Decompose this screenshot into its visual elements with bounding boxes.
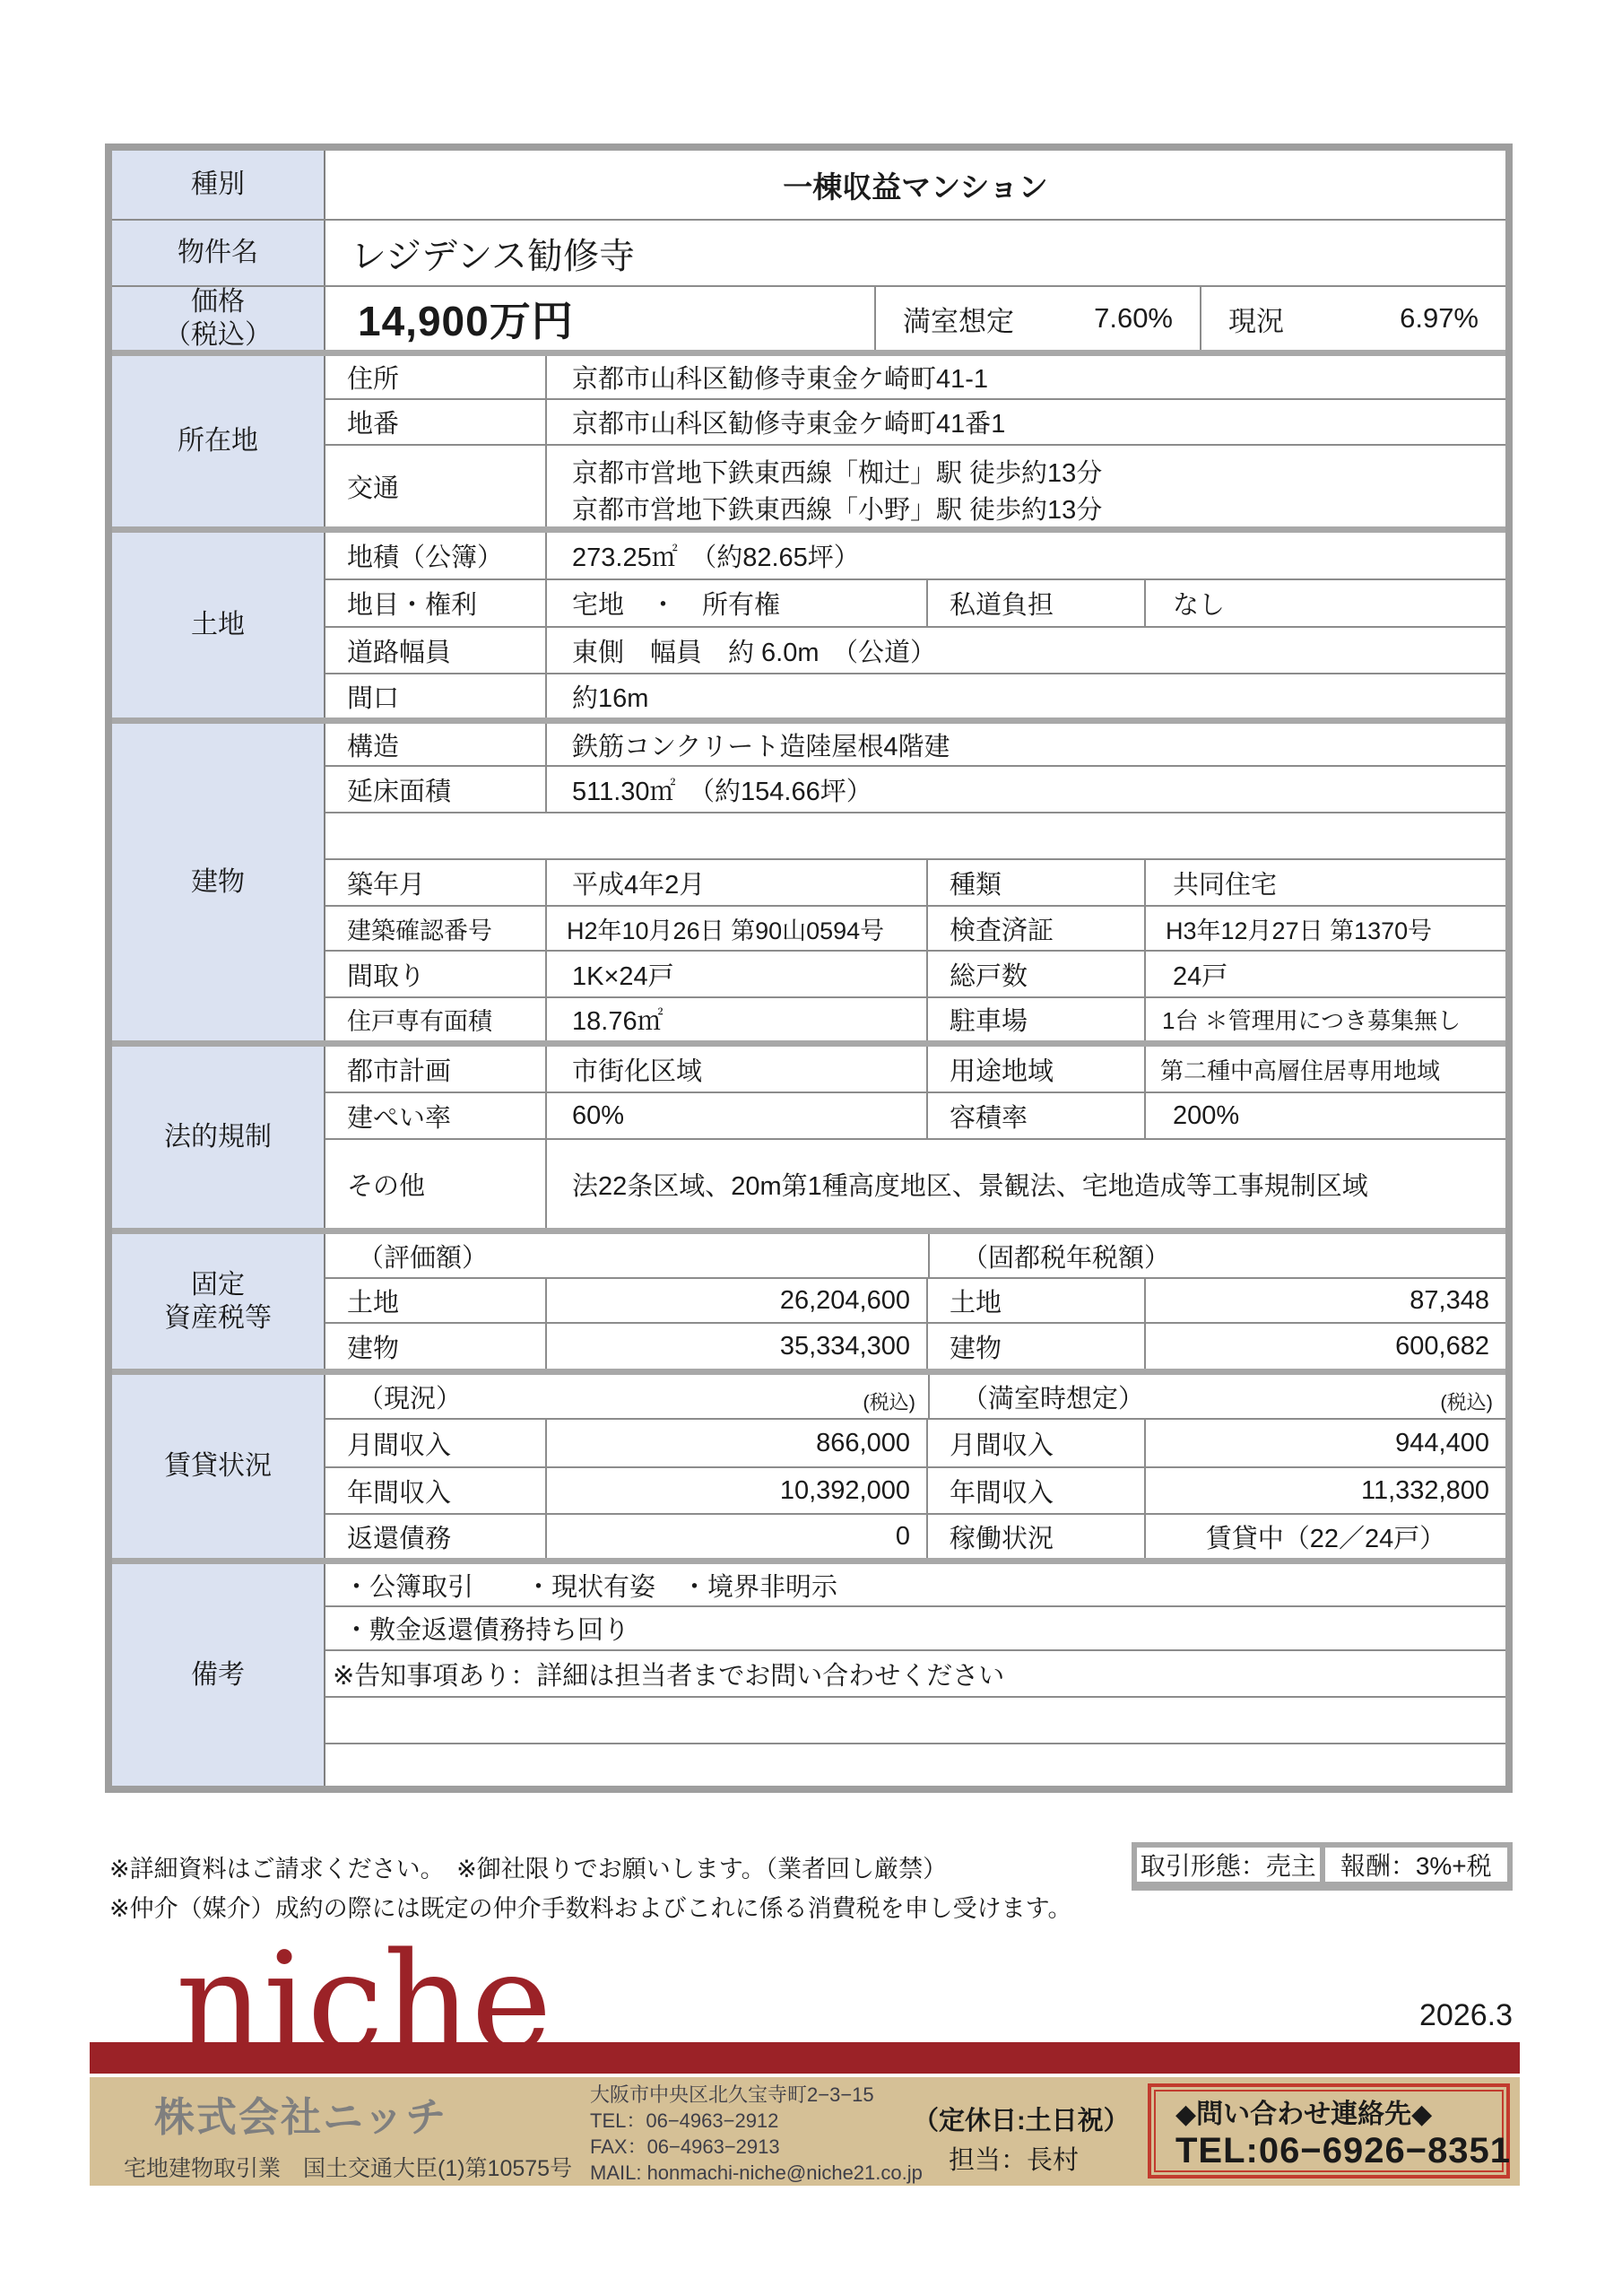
price-label: 価格 （税込）	[112, 287, 325, 350]
tax-building-assessed: 35,334,300	[545, 1324, 926, 1369]
rental-current-taxnote: (税込)	[863, 1387, 915, 1418]
remarks-line1: ・公簿取引 ・現状有姿 ・境界非明示	[325, 1564, 1505, 1605]
lot-number-value: 京都市山科区勧修寺東金ケ崎町41番1	[545, 400, 1505, 444]
company-contact-block: 大阪市中央区北久宝寺町2−3−15 TEL：06−4963−2912 FAX：0…	[590, 2082, 923, 2186]
parking-label: 駐車場	[926, 998, 1144, 1040]
yield-full-cell: 満室想定 7.60%	[874, 287, 1200, 350]
tax-building-annual: 600,682	[1144, 1324, 1505, 1369]
company-mail: MAIL: honmachi-niche@niche21.co.jp	[590, 2160, 923, 2186]
yield-current-label: 現況	[1228, 299, 1284, 339]
total-units-value: 24戸	[1144, 952, 1505, 996]
unit-area-value: 18.76㎡	[545, 998, 926, 1040]
confirmation-number-label: 建築確認番号	[325, 907, 545, 950]
floor-area-ratio-value: 200%	[1144, 1093, 1505, 1138]
rental-current-header: （現況）	[358, 1378, 462, 1415]
private-road-value: なし	[1144, 580, 1505, 626]
access-label: 交通	[325, 446, 545, 526]
annual-income-current: 10,392,000	[545, 1468, 926, 1513]
coverage-ratio-label: 建ぺい率	[325, 1093, 545, 1138]
floor-area-label: 延床面積	[325, 767, 545, 812]
tax-land-label2: 土地	[926, 1279, 1144, 1322]
building-kind-value: 共同住宅	[1144, 860, 1505, 905]
road-width-label: 道路幅員	[325, 628, 545, 673]
annual-income-full-label: 年間収入	[926, 1468, 1144, 1513]
type-value: 一棟収益マンション	[325, 151, 1505, 219]
company-fax: FAX：06−4963−2913	[590, 2134, 923, 2160]
niche-logo: niche	[176, 1935, 551, 2070]
inspection-value: H3年12月27日 第1370号	[1144, 907, 1505, 950]
built-date-label: 築年月	[325, 860, 545, 905]
section-land: 土地 地積（公簿） 273.25㎡ （約82.65坪） 地目・権利 宅地 ・ 所…	[112, 526, 1505, 717]
access-value: 京都市営地下鉄東西線「椥辻」駅 徒歩約13分 京都市営地下鉄東西線「小野」駅 徒…	[545, 446, 1505, 526]
parking-value: 1台 ＊管理用につき募集無し	[1144, 998, 1505, 1040]
remarks-line3: ※告知事項あり：詳細は担当者までお問い合わせください	[325, 1651, 1505, 1696]
occupancy-label: 稼働状況	[926, 1515, 1144, 1558]
annual-income-full: 11,332,800	[1144, 1468, 1505, 1513]
zoning-value: 第二種中高層住居専用地域	[1144, 1047, 1505, 1091]
yield-current-cell: 現況 6.97%	[1200, 287, 1505, 350]
monthly-income-current: 866,000	[545, 1420, 926, 1466]
tax-section-label: 固定 資産税等	[112, 1234, 325, 1369]
structure-label: 構造	[325, 724, 545, 765]
section-location: 所在地 住所 京都市山科区勧修寺東金ケ崎町41-1 地番 京都市山科区勧修寺東金…	[112, 350, 1505, 526]
zoning-label: 用途地域	[926, 1047, 1144, 1091]
monthly-income-label: 月間収入	[325, 1420, 545, 1466]
price-label-line2: （税込）	[164, 318, 272, 352]
company-name: 株式会社ニッチ	[154, 2084, 447, 2143]
location-section-label: 所在地	[112, 356, 325, 526]
company-info-band: 株式会社ニッチ 宅地建物取引業 国土交通大臣(1)第10575号 大阪市中央区北…	[90, 2077, 1520, 2186]
city-plan-label: 都市計画	[325, 1047, 545, 1091]
commission-cell: 報酬：3%+税	[1320, 1848, 1508, 1882]
footnote-line1: ※詳細資料はご請求ください。 ※御社限りでお願いします。（業者回し厳禁）	[109, 1849, 947, 1884]
built-date-value: 平成4年2月	[545, 860, 926, 905]
rental-current-header-cell: （現況） (税込)	[325, 1375, 928, 1418]
row-property-name: 物件名 レジデンス勧修寺	[112, 219, 1505, 285]
footnote-line2: ※仲介（媒介）成約の際には既定の仲介手数料およびこれに係る消費税を申し受けます。	[109, 1889, 1071, 1924]
property-name-label: 物件名	[112, 221, 325, 285]
assessed-value-header: （評価額）	[325, 1234, 928, 1277]
issue-date: 2026.3	[1246, 1998, 1513, 2033]
unit-area-label: 住戸専有面積	[325, 998, 545, 1040]
contact-person: 担当：長村	[949, 2140, 1079, 2177]
type-label: 種別	[112, 151, 325, 219]
remarks-line2: ・敷金返還債務持ち回り	[325, 1607, 1505, 1649]
legal-other-label: その他	[325, 1140, 545, 1228]
land-area-value: 273.25㎡ （約82.65坪）	[545, 533, 1505, 578]
address-value: 京都市山科区勧修寺東金ケ崎町41-1	[545, 356, 1505, 398]
tax-building-label2: 建物	[926, 1324, 1144, 1369]
address-label: 住所	[325, 356, 545, 398]
land-area-label: 地積（公簿）	[325, 533, 545, 578]
yield-full-value: 7.60%	[1094, 302, 1173, 335]
section-legal: 法的規制 都市計画 市街化区域 用途地域 第二種中高層住居専用地域 建ぺい率 6…	[112, 1040, 1505, 1228]
tax-land-annual: 87,348	[1144, 1279, 1505, 1322]
road-width-value: 東側 幅員 約 6.0m （公道）	[545, 628, 1505, 673]
annual-tax-header: （固都税年税額）	[928, 1234, 1505, 1277]
company-tel: TEL：06−4963−2912	[590, 2108, 923, 2134]
remarks-empty-row2	[325, 1744, 1505, 1786]
building-empty-cell	[325, 813, 1505, 858]
inquiry-box-inner: ◆問い合わせ連絡先◆ TEL:06−6926−8351	[1154, 2090, 1504, 2172]
holiday-note: （定休日:土日祝）	[913, 2100, 1130, 2137]
access-line1: 京都市営地下鉄東西線「椥辻」駅 徒歩約13分	[572, 453, 1102, 490]
property-name-value: レジデンス勧修寺	[325, 221, 1505, 285]
deal-info-table: 取引形態：売主 報酬：3%+税	[1132, 1842, 1513, 1891]
land-use-label: 地目・権利	[325, 580, 545, 626]
lot-number-label: 地番	[325, 400, 545, 444]
rental-full-taxnote: (税込)	[1440, 1387, 1493, 1418]
monthly-income-full-label: 月間収入	[926, 1420, 1144, 1466]
yield-full-label: 満室想定	[903, 299, 1014, 339]
building-section-label: 建物	[112, 724, 325, 1040]
occupancy-value: 賃貸中（22／24戸）	[1144, 1515, 1505, 1558]
inquiry-box: ◆問い合わせ連絡先◆ TEL:06−6926−8351	[1148, 2083, 1510, 2179]
frontage-value: 約16m	[545, 674, 1505, 717]
layout-label: 間取り	[325, 952, 545, 996]
frontage-label: 間口	[325, 674, 545, 717]
tax-building-label: 建物	[325, 1324, 545, 1369]
legal-other-value: 法22条区域、20m第1種高度地区、景観法、宅地造成等工事規制区域	[545, 1140, 1505, 1228]
section-building: 建物 構造 鉄筋コンクリート造陸屋根4階建 延床面積 511.30㎡ （約154…	[112, 717, 1505, 1040]
structure-value: 鉄筋コンクリート造陸屋根4階建	[545, 724, 1505, 765]
section-remarks: 備考 ・公簿取引 ・現状有姿 ・境界非明示 ・敷金返還債務持ち回り ※告知事項あ…	[112, 1558, 1505, 1786]
yield-current-value: 6.97%	[1400, 302, 1479, 335]
tax-land-label: 土地	[325, 1279, 545, 1322]
row-price: 価格 （税込） 14,900万円 満室想定 7.60% 現況 6.97%	[112, 285, 1505, 350]
floor-area-ratio-label: 容積率	[926, 1093, 1144, 1138]
confirmation-number-value: H2年10月26日 第90山0594号	[545, 907, 926, 950]
property-table: 種別 一棟収益マンション 物件名 レジデンス勧修寺 価格 （税込） 14,900…	[105, 143, 1513, 1793]
refund-debt-value: 0	[545, 1515, 926, 1558]
building-empty-row	[325, 812, 1505, 858]
building-kind-label: 種類	[926, 860, 1144, 905]
total-units-label: 総戸数	[926, 952, 1144, 996]
access-line2: 京都市営地下鉄東西線「小野」駅 徒歩約13分	[572, 490, 1102, 526]
inquiry-title: ◆問い合わせ連絡先◆	[1175, 2092, 1502, 2131]
land-section-label: 土地	[112, 533, 325, 717]
section-rental: 賃貸状況 （現況） (税込) （満室時想定） (税込) 月間収入 866,000…	[112, 1369, 1505, 1558]
price-value: 14,900万円	[325, 287, 874, 350]
refund-debt-label: 返還債務	[325, 1515, 545, 1558]
rental-section-label: 賃貸状況	[112, 1375, 325, 1558]
floor-area-value: 511.30㎡ （約154.66坪）	[545, 767, 1505, 812]
private-road-label: 私道負担	[926, 580, 1144, 626]
tax-land-assessed: 26,204,600	[545, 1279, 926, 1322]
company-address: 大阪市中央区北久宝寺町2−3−15	[590, 2082, 923, 2108]
inspection-label: 検査済証	[926, 907, 1144, 950]
section-tax: 固定 資産税等 （評価額） （固都税年税額） 土地 26,204,600 土地 …	[112, 1228, 1505, 1369]
annual-income-label: 年間収入	[325, 1468, 545, 1513]
city-plan-value: 市街化区域	[545, 1047, 926, 1091]
monthly-income-full: 944,400	[1144, 1420, 1505, 1466]
rental-full-header-cell: （満室時想定） (税込)	[928, 1375, 1505, 1418]
property-flyer-page: 種別 一棟収益マンション 物件名 レジデンス勧修寺 価格 （税込） 14,900…	[0, 0, 1622, 2296]
remarks-empty-row1	[325, 1698, 1505, 1743]
coverage-ratio-value: 60%	[545, 1093, 926, 1138]
land-use-value: 宅地 ・ 所有権	[545, 580, 926, 626]
rental-full-header: （満室時想定）	[962, 1378, 1144, 1415]
license-number: 宅地建物取引業 国土交通大臣(1)第10575号	[124, 2151, 572, 2183]
remarks-section-label: 備考	[112, 1564, 325, 1786]
layout-value: 1K×24戸	[545, 952, 926, 996]
legal-section-label: 法的規制	[112, 1047, 325, 1228]
tax-section-label-line2: 資産税等	[164, 1301, 272, 1335]
inquiry-tel: TEL:06−6926−8351	[1175, 2131, 1502, 2171]
deal-type-cell: 取引形態：売主	[1137, 1848, 1320, 1882]
price-label-line1: 価格	[191, 285, 245, 319]
tax-section-label-line1: 固定	[191, 1268, 245, 1302]
row-type: 種別 一棟収益マンション	[112, 151, 1505, 219]
